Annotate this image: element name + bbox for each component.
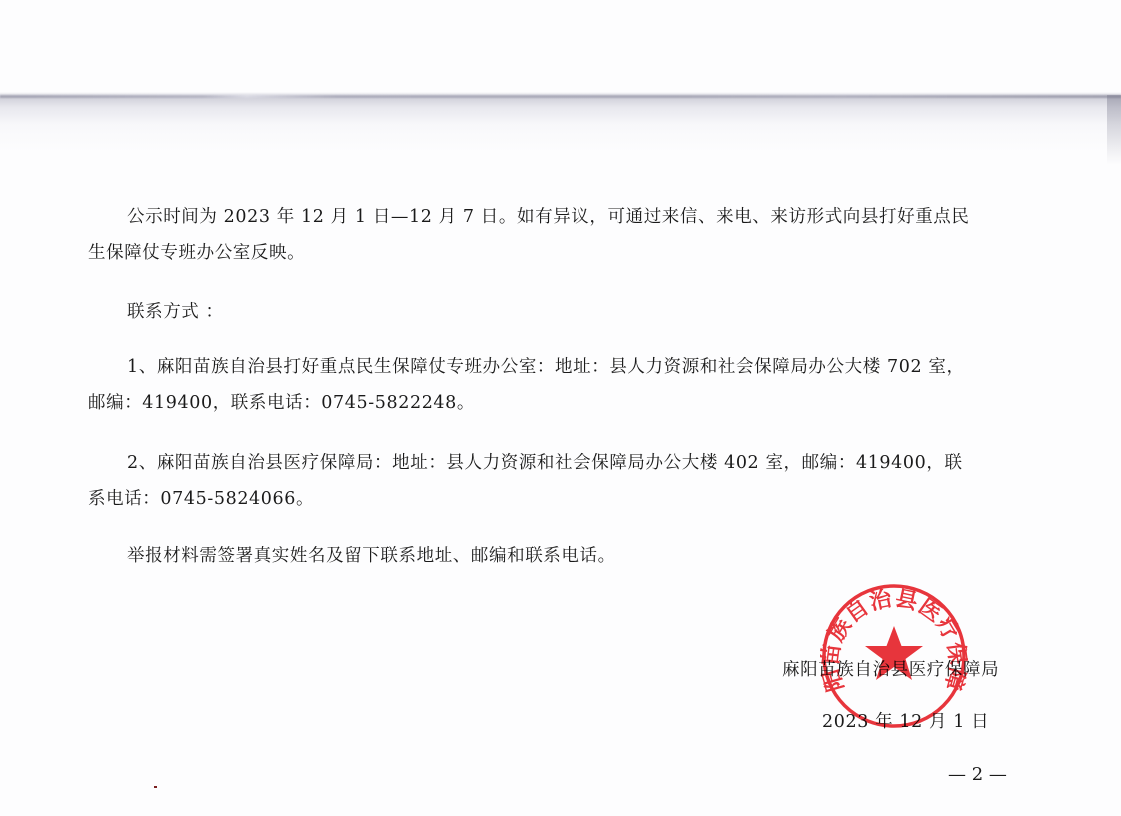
text-line: 系电话：0745-5824066。 — [88, 481, 1038, 517]
paragraph-contact-2: 2、麻阳苗族自治县医疗保障局：地址：县人力资源和社会保障局办公大楼 402 室，… — [88, 445, 1038, 517]
page-number: — 2 — — [948, 760, 1007, 790]
text-line: 举报材料需签署真实姓名及留下联系地址、邮编和联系电话。 — [88, 538, 1038, 574]
scan-fold-line — [0, 95, 1121, 98]
text-line: 邮编：419400，联系电话：0745-5822248。 — [88, 385, 1038, 421]
paragraph-report-requirement: 举报材料需签署真实姓名及留下联系地址、邮编和联系电话。 — [88, 538, 1038, 574]
text-line: 2、麻阳苗族自治县医疗保障局：地址：县人力资源和社会保障局办公大楼 402 室，… — [88, 445, 1038, 481]
scan-speck — [154, 786, 157, 788]
paragraph-notice-period: 公示时间为 2023 年 12 月 1 日—12 月 7 日。如有异议，可通过来… — [88, 199, 1038, 271]
text-line: 公示时间为 2023 年 12 月 1 日—12 月 7 日。如有异议，可通过来… — [88, 199, 1038, 235]
official-seal-icon: 麻阳苗族自治县医疗保障局 — [820, 582, 968, 730]
scan-edge-shadow — [1107, 95, 1121, 165]
paragraph-contact-heading: 联系方式 ： — [88, 294, 1038, 330]
text-line: 生保障仗专班办公室反映。 — [88, 235, 1038, 271]
document-page: 公示时间为 2023 年 12 月 1 日—12 月 7 日。如有异议，可通过来… — [0, 0, 1121, 816]
text-line: 联系方式 ： — [88, 294, 1038, 330]
paragraph-contact-1: 1、麻阳苗族自治县打好重点民生保障仗专班办公室：地址：县人力资源和社会保障局办公… — [88, 349, 1038, 421]
text-line: 1、麻阳苗族自治县打好重点民生保障仗专班办公室：地址：县人力资源和社会保障局办公… — [88, 349, 1038, 385]
scan-fold-shadow — [0, 92, 1121, 152]
